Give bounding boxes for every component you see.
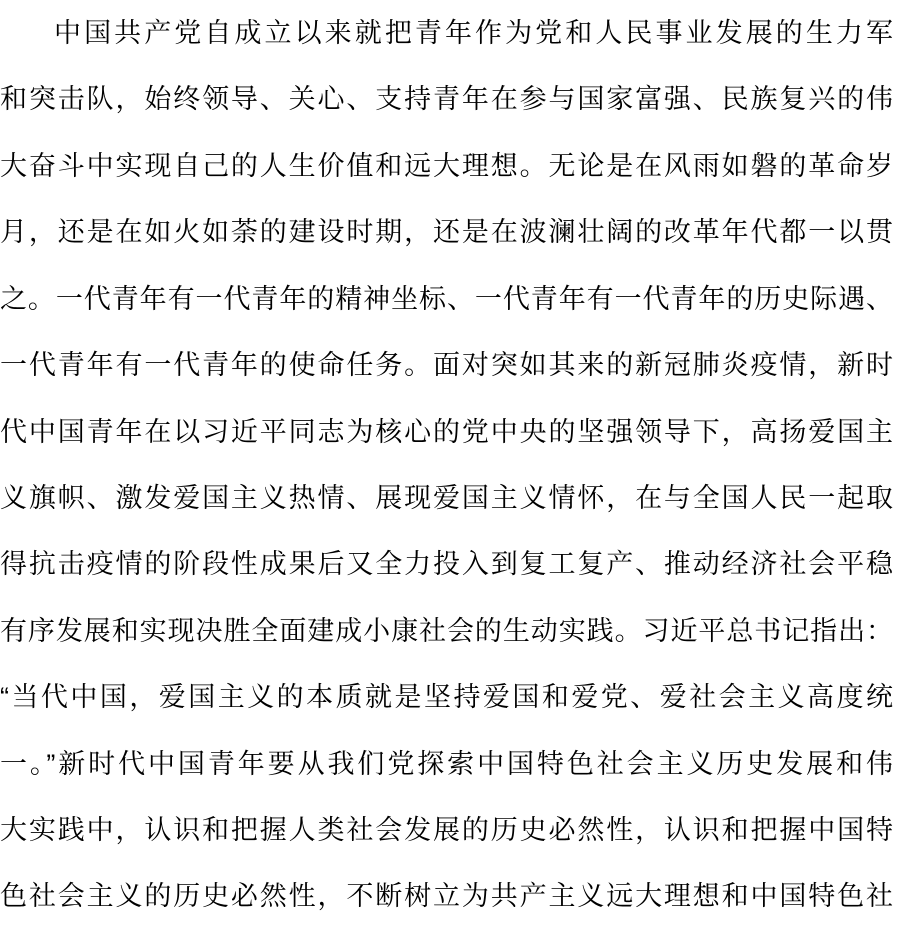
text-line: 得抗击疫情的阶段性成果后又全力投入到复工复产、推动经济社会平稳: [0, 531, 893, 597]
text-line: 月，还是在如火如荼的建设时期，还是在波澜壮阔的改革年代都一以贯: [0, 199, 893, 265]
text-line: “当代中国，爱国主义的本质就是坚持爱国和爱党、爱社会主义高度统: [0, 664, 893, 730]
document-page: 中国共产党自成立以来就把青年作为党和人民事业发展的生力军 和突击队，始终领导、关…: [0, 0, 914, 930]
text-line: 义旗帜、激发爱国主义热情、展现爱国主义情怀，在与全国人民一起取: [0, 465, 893, 531]
paragraph-body: 中国共产党自成立以来就把青年作为党和人民事业发展的生力军 和突击队，始终领导、关…: [0, 0, 893, 930]
text-line: 大奋斗中实现自己的人生价值和远大理想。无论是在风雨如磐的革命岁: [0, 133, 893, 199]
text-line: 代中国青年在以习近平同志为核心的党中央的坚强领导下，高扬爱国主: [0, 399, 893, 465]
text-line: 和突击队，始终领导、关心、支持青年在参与国家富强、民族复兴的伟: [0, 66, 893, 132]
text-line: 中国共产党自成立以来就把青年作为党和人民事业发展的生力军: [0, 0, 893, 66]
text-line: 之。一代青年有一代青年的精神坐标、一代青年有一代青年的历史际遇、: [0, 266, 893, 332]
text-line: 大实践中，认识和把握人类社会发展的历史必然性，认识和把握中国特: [0, 797, 893, 863]
text-line: 色社会主义的历史必然性，不断树立为共产主义远大理想和中国特色社: [0, 863, 893, 929]
text-line: 一。”新时代中国青年要从我们党探索中国特色社会主义历史发展和伟: [0, 731, 893, 797]
text-line: 一代青年有一代青年的使命任务。面对突如其来的新冠肺炎疫情，新时: [0, 332, 893, 398]
text-line: 有序发展和实现决胜全面建成小康社会的生动实践。习近平总书记指出：: [0, 598, 893, 664]
